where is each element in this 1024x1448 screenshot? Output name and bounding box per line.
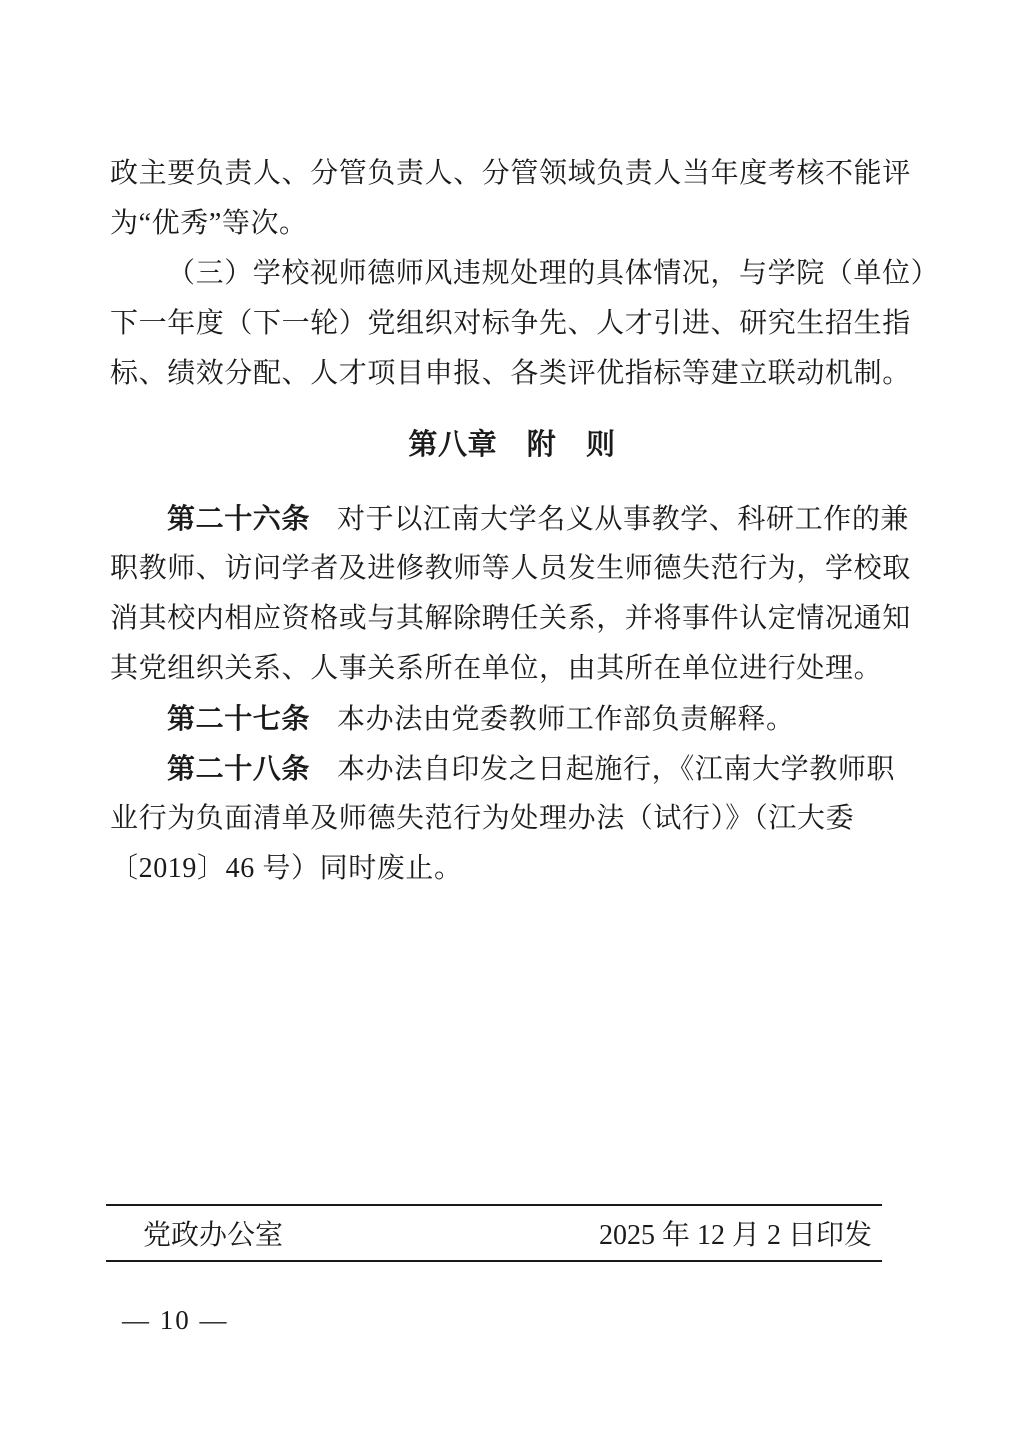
article-number: 第二十六条 (167, 503, 310, 534)
text-line: 下一年度（下一轮）党组织对标争先、人才引进、研究生招生指 (110, 299, 914, 349)
article-number: 第二十八条 (167, 753, 310, 784)
article-number: 第二十七条 (167, 703, 310, 734)
body-text: 政主要负责人、分管负责人、分管领域负责人当年度考核不能评 为“优秀”等次。 （三… (110, 149, 914, 894)
article-26: 第二十六条对于以江南大学名义从事教学、科研工作的兼 职教师、访问学者及进修教师等… (110, 494, 914, 694)
text-line: 业行为负面清单及师德失范行为处理办法（试行）》（江大委 (110, 794, 914, 844)
chapter-heading: 第八章 附 则 (110, 420, 914, 470)
article-27: 第二十七条本办法由党委教师工作部负责解释。 (110, 694, 914, 744)
paragraph-continuation: 政主要负责人、分管负责人、分管领域负责人当年度考核不能评 为“优秀”等次。 (110, 149, 914, 249)
article-text: 对于以江南大学名义从事教学、科研工作的兼 (337, 504, 909, 535)
document-page: 政主要负责人、分管负责人、分管领域负责人当年度考核不能评 为“优秀”等次。 （三… (0, 0, 1024, 1448)
paragraph-item-3: （三）学校视师德师风违规处理的具体情况，与学院（单位） 下一年度（下一轮）党组织… (110, 249, 914, 399)
text-line: 第二十八条本办法自印发之日起施行，《江南大学教师职 (110, 744, 914, 794)
text-line: 政主要负责人、分管负责人、分管领域负责人当年度考核不能评 (110, 149, 914, 199)
text-line: 第二十七条本办法由党委教师工作部负责解释。 (110, 694, 914, 744)
article-28: 第二十八条本办法自印发之日起施行，《江南大学教师职 业行为负面清单及师德失范行为… (110, 744, 914, 894)
text-line: 为“优秀”等次。 (110, 199, 914, 249)
text-line: 〔2019〕46 号）同时废止。 (110, 844, 914, 894)
text-line: 消其校内相应资格或与其解除聘任关系，并将事件认定情况通知 (110, 594, 914, 644)
text-line: 职教师、访问学者及进修教师等人员发生师德失范行为，学校取 (110, 544, 914, 594)
article-text: 本办法自印发之日起施行，《江南大学教师职 (337, 754, 895, 785)
text-line: 其党组织关系、人事关系所在单位，由其所在单位进行处理。 (110, 644, 914, 694)
text-line: 标、绩效分配、人才项目申报、各类评优指标等建立联动机制。 (110, 349, 914, 399)
page-number: — 10 — (122, 1300, 229, 1340)
colophon-office-label: 党政办公室 (143, 1213, 283, 1253)
colophon: 党政办公室 2025 年 12 月 2 日印发 (106, 1204, 882, 1262)
text-line: （三）学校视师德师风违规处理的具体情况，与学院（单位） (110, 249, 914, 299)
colophon-print-date: 2025 年 12 月 2 日印发 (599, 1213, 872, 1253)
text-line: 第二十六条对于以江南大学名义从事教学、科研工作的兼 (110, 494, 914, 544)
article-text: 本办法由党委教师工作部负责解释。 (337, 704, 795, 735)
